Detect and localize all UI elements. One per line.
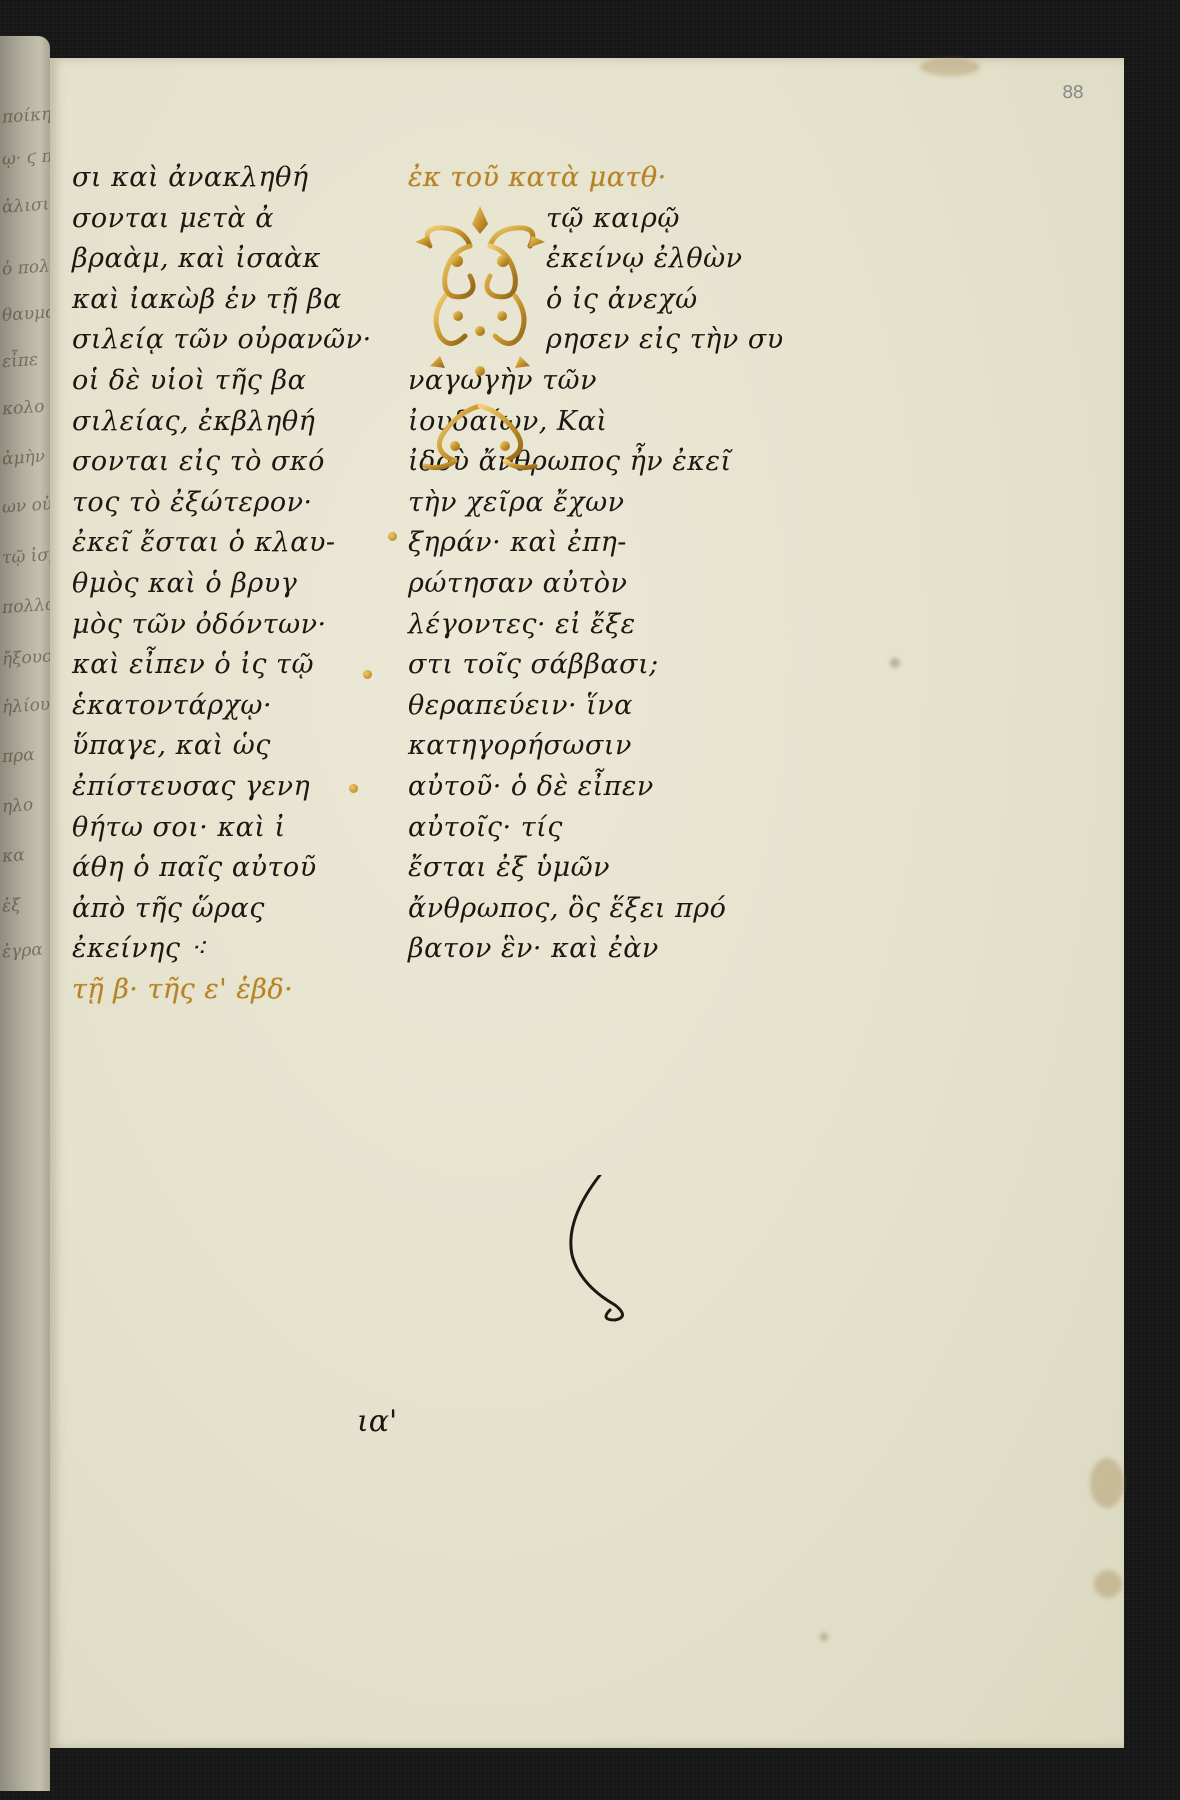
quire-signature: ια' — [357, 1404, 397, 1439]
ghost-text: κολο — [1, 397, 45, 420]
ghost-text: ὁ πολ — [1, 256, 50, 279]
ghost-text: ῳ· ϛ π — [1, 146, 50, 169]
gold-punctuation-dot — [388, 532, 397, 541]
text-line: σονται μετὰ ἀ — [72, 199, 372, 240]
ghost-text: ἀλισι — [1, 194, 49, 217]
stain — [920, 58, 980, 76]
text-line: θεραπεύειν· ἵνα — [408, 686, 748, 727]
previous-leaf-edge: ποίκη ῳ· ϛ π ἀλισι ὁ πολ θαυμα εἶπε κολο… — [0, 36, 50, 1791]
ghost-text: ηλο — [1, 795, 34, 817]
gold-punctuation-dot — [363, 670, 372, 679]
text-line: ἔσται ἐξ ὑμῶν — [408, 848, 748, 889]
ghost-text: εἶπε — [1, 350, 38, 372]
ghost-text: πολλοὶ — [1, 594, 50, 618]
text-line: σιλείᾳ τῶν οὐρανῶν· — [72, 320, 372, 361]
text-line: αὐτοῦ· ὁ δὲ εἶπεν — [408, 767, 748, 808]
ghost-text: ποίκη — [1, 104, 50, 127]
ghost-text: πρα — [1, 745, 35, 767]
text-line: ὕπαγε, καὶ ὡς — [72, 726, 372, 767]
text-line: σιλείας, ἐκβληθή — [72, 402, 372, 443]
text-line: λέγοντες· εἰ ἔξε — [408, 605, 748, 646]
stain — [1094, 1570, 1122, 1598]
text-column-left: σι καὶ ἀνακληθή σονται μετὰ ἀ βραὰμ, καὶ… — [72, 158, 372, 1010]
ghost-text: τῷ ἰσρα — [1, 544, 50, 569]
illuminated-initial-t-icon — [410, 206, 550, 486]
text-line: ἐκείνης ⁖ — [72, 929, 372, 970]
text-line: αὐτοῖς· τίς — [408, 808, 748, 849]
ghost-text: θαυμα — [1, 302, 50, 326]
ghost-text: ἡλίου· — [1, 694, 50, 718]
ghost-text: ἐξ — [1, 895, 21, 916]
stain — [820, 1633, 828, 1641]
folio-number: 88 — [1062, 82, 1083, 103]
text-line: κατηγορήσωσιν — [408, 726, 748, 767]
text-line: ἐκεῖ ἔσται ὁ κλαυ- — [72, 523, 372, 564]
text-line: στι τοῖς σάββασι; — [408, 645, 748, 686]
text-line: τος τὸ ἐξώτερον· — [72, 483, 372, 524]
text-line: ρώτησαν αὐτὸν — [408, 564, 748, 605]
text-line: οἱ δὲ υἱοὶ τῆς βα — [72, 361, 372, 402]
flourish-stroke — [560, 1175, 640, 1325]
text-line: σονται εἰς τὸ σκό — [72, 442, 372, 483]
ghost-text: ἐγρα — [1, 940, 43, 963]
text-line: ἄνθρωπος, ὃς ἕξει πρό — [408, 889, 748, 930]
stain — [890, 658, 900, 668]
text-line: θήτω σοι· καὶ ἰ — [72, 808, 372, 849]
ghost-text: ἤξουσ — [1, 646, 50, 670]
text-line: τὴν χεῖρα ἔχων — [408, 483, 748, 524]
text-line: θμὸς καὶ ὁ βρυγ — [72, 564, 372, 605]
text-line: ἑκατοντάρχῳ· — [72, 686, 372, 727]
rubric-line: τῇ β· τῆς ε' ἑβδ· — [72, 970, 372, 1011]
ghost-text: ων οὐ — [1, 494, 50, 517]
text-line: ἀπὸ τῆς ὥρας — [72, 889, 372, 930]
gold-punctuation-dot — [349, 784, 358, 793]
text-line: άθη ὁ παῖς αὐτοῦ — [72, 848, 372, 889]
ghost-text: ἀμὴν — [1, 447, 45, 470]
text-line: βραὰμ, καὶ ἰσαὰκ — [72, 239, 372, 280]
text-line: ξηράν· καὶ ἐπη- — [408, 523, 748, 564]
rubric-title: ἐκ τοῦ κατὰ ματθ· — [408, 158, 748, 199]
text-line: βατον ἓν· καὶ ἐὰν — [408, 929, 748, 970]
text-line: καὶ ἰακὼβ ἐν τῇ βα — [72, 280, 372, 321]
text-line: σι καὶ ἀνακληθή — [72, 158, 372, 199]
text-line: καὶ εἶπεν ὁ ἰς τῷ — [72, 645, 372, 686]
ghost-text: κα — [1, 845, 25, 867]
text-line: ἐπίστευσας γενη — [72, 767, 372, 808]
stain — [1090, 1458, 1124, 1508]
text-line: μὸς τῶν ὀδόντων· — [72, 605, 372, 646]
